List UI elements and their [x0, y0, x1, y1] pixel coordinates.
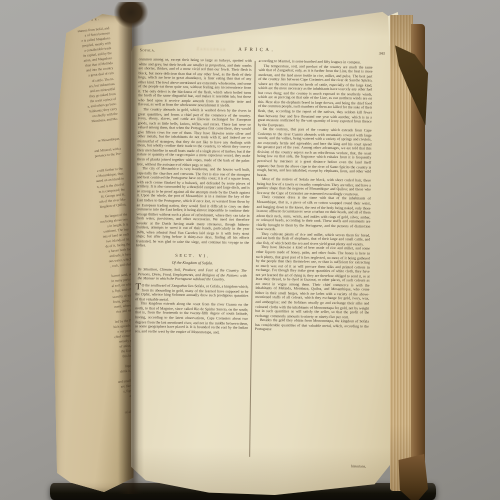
page-header: Sofala. Zanguebar AFRICA. 343: [139, 46, 385, 57]
fore-edge: [388, 10, 434, 496]
paragraph: common among us, except their being so l…: [138, 57, 252, 109]
paragraph: This kingdom extends along the coast fro…: [135, 302, 248, 335]
paragraph: Besides the gold they obtain from Monomo…: [255, 318, 369, 333]
section-argument: Its Situation, Climate, Soil, Produce, a…: [138, 267, 247, 282]
catchword: historians,: [351, 464, 366, 468]
paragraph: Most of the natives of Sofala are black,…: [257, 177, 371, 197]
right-text-column: according to Marmol, is some hundred and…: [253, 59, 373, 465]
gutter-shadow: [118, 6, 144, 494]
paragraph: Their common dress is the same with that…: [256, 195, 370, 233]
paragraph: They have likewise a kind of beer made o…: [255, 245, 370, 319]
paragraph: The country abounds in gold, which is wa…: [137, 107, 251, 168]
paragraph: The city of Mosambico is very handsome, …: [136, 166, 250, 249]
text-columns: common among us, except their being so l…: [133, 57, 373, 464]
headband-dark-notch: [114, 2, 148, 28]
running-head-title: AFRICA.: [139, 46, 375, 54]
paragraph: On the contrary, that part of the countr…: [257, 127, 372, 179]
paragraph: The temperature, soil, and product of th…: [258, 63, 373, 128]
photo-open-antique-book: Zanguebar. stances from Sofal, anda of S…: [0, 0, 500, 500]
page-number: 343: [379, 51, 385, 56]
left-text-column: common among us, except their being so l…: [133, 57, 252, 463]
right-page: Sofala. Zanguebar AFRICA. 343 common amo…: [130, 8, 393, 496]
section-heading: SECT. VI.: [136, 253, 249, 259]
section-title: Of the Kingdom of Sofala.: [136, 260, 249, 266]
paragraph-dropcap: TO the southward of Zanguebar lies Sofal…: [135, 283, 248, 303]
binding-tail: [396, 454, 428, 500]
